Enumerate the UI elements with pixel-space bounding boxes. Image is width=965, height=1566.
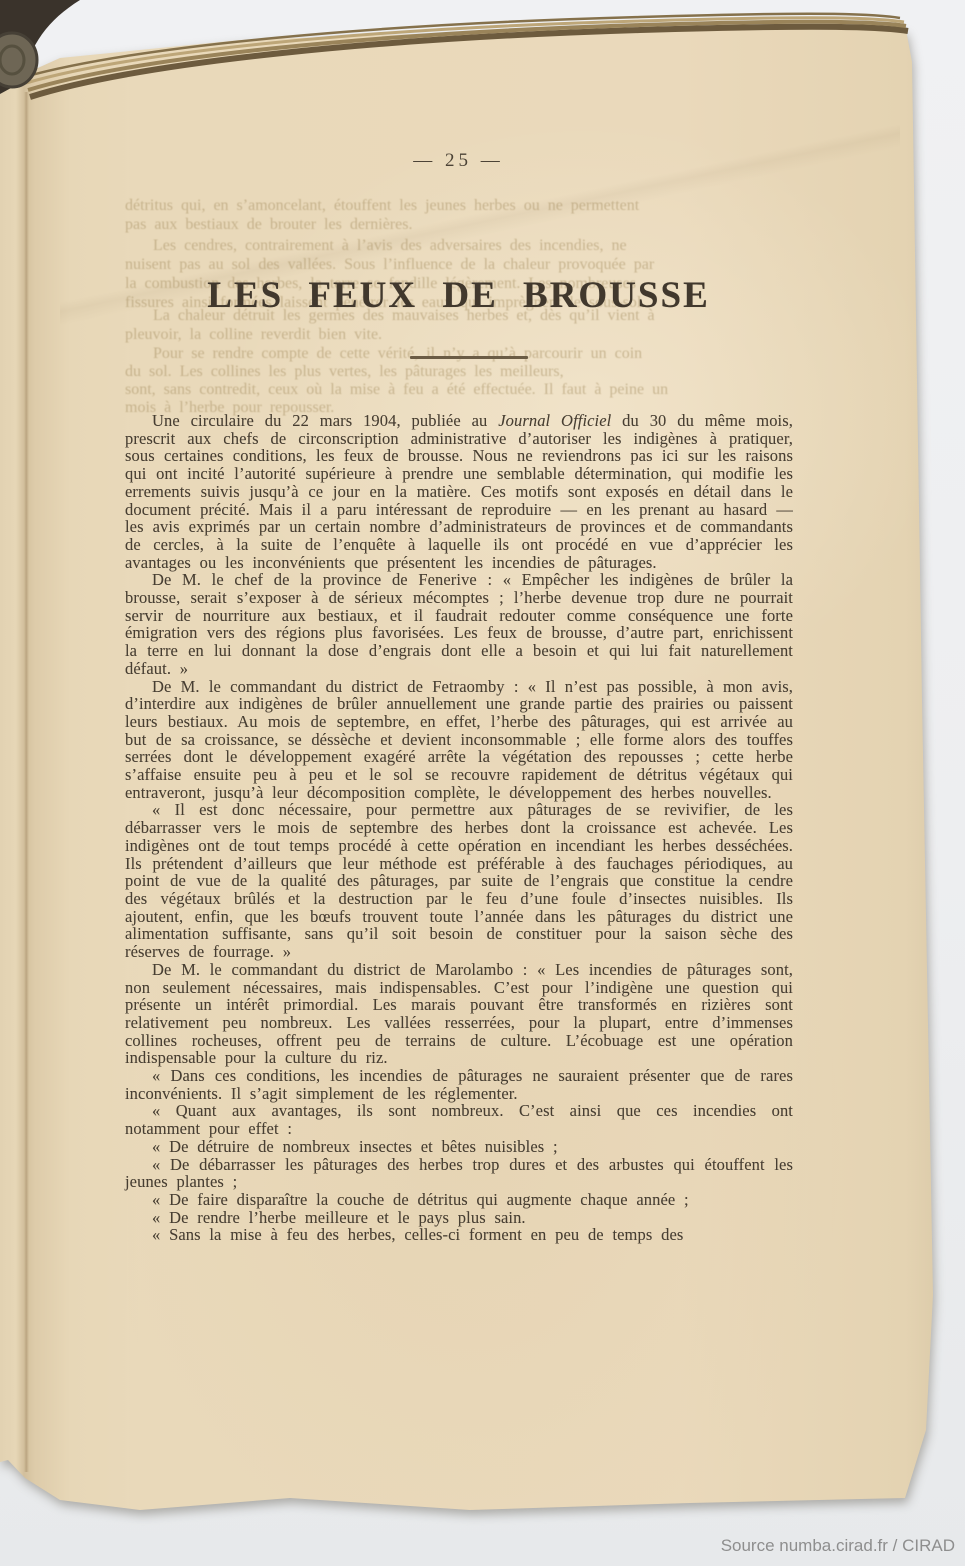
page-number: — 25 — bbox=[125, 150, 792, 172]
spine-fold-shadow bbox=[24, 92, 29, 1472]
bleedthrough-line: pas aux bestiaux de brouter les dernière… bbox=[125, 216, 797, 234]
bleedthrough-line: sont, sans contredit, ceux où la mise à … bbox=[125, 381, 797, 399]
body-paragraph: De M. le chef de la province de Fenerive… bbox=[125, 571, 793, 677]
watermark-credit: Source numba.cirad.fr / CIRAD bbox=[721, 1536, 955, 1556]
screenshot-root: { "watermark": "Source numba.cirad.fr / … bbox=[0, 0, 965, 1566]
body-paragraph: « Sans la mise à feu des herbes, celles-… bbox=[125, 1226, 793, 1244]
bleedthrough-line: pleuvoir, la colline reverdit bien vite. bbox=[125, 326, 797, 344]
body-paragraph: « De détruire de nombreux insectes et bê… bbox=[125, 1138, 793, 1156]
bleedthrough-line: nuisent pas au sol des vallées. Sous l’i… bbox=[125, 256, 797, 274]
title-divider bbox=[410, 356, 528, 359]
bleedthrough-line: détritus qui, en s’amoncelant, étouffent… bbox=[125, 197, 797, 215]
bleedthrough-line: du sol. Les collines les plus vertes, le… bbox=[125, 363, 797, 381]
article-body: Une circulaire du 22 mars 1904, publiée … bbox=[125, 412, 793, 1244]
italic-phrase: Journal Officiel bbox=[498, 411, 611, 430]
article-title: LES FEUX DE BROUSSE bbox=[125, 274, 792, 317]
bleedthrough-line: Pour se rendre compte de cette vérité, i… bbox=[125, 345, 825, 363]
page-wrap: — 25 — détritus qui, en s’amoncelant, ét… bbox=[0, 22, 940, 1522]
body-paragraph: De M. le commandant du district de Marol… bbox=[125, 961, 793, 1067]
body-paragraph: De M. le commandant du district de Fetra… bbox=[125, 678, 793, 802]
body-paragraph: « Dans ces conditions, les incendies de … bbox=[125, 1067, 793, 1102]
bleedthrough-line: Les cendres, contrairement à l’avis des … bbox=[125, 237, 825, 255]
body-paragraph: « Il est donc nécessaire, pour permettre… bbox=[125, 801, 793, 960]
body-paragraph: Une circulaire du 22 mars 1904, publiée … bbox=[125, 412, 793, 571]
body-paragraph: « Quant aux avantages, ils sont nombreux… bbox=[125, 1102, 793, 1137]
body-paragraph: « De débarrasser les pâturages des herbe… bbox=[125, 1156, 793, 1191]
book-page: — 25 — détritus qui, en s’amoncelant, ét… bbox=[0, 22, 940, 1522]
body-paragraph: « De rendre l’herbe meilleure et le pays… bbox=[125, 1209, 793, 1227]
body-paragraph: « De faire disparaître la couche de détr… bbox=[125, 1191, 793, 1209]
